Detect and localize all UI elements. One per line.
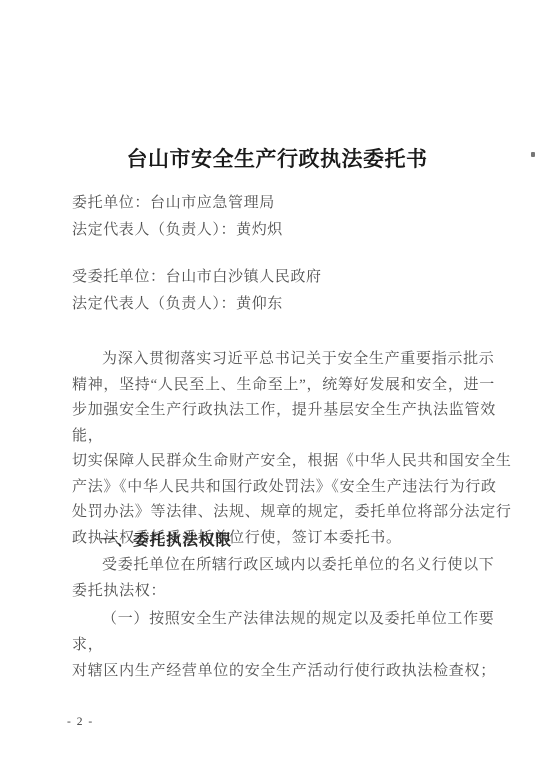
section-1-intro-paragraph: 受委托单位在所辖行政区域内以委托单位的名义行使以下委托执法权： bbox=[72, 552, 512, 604]
section-1-heading: 一、委托执法权限 bbox=[72, 528, 512, 550]
section-1-item-1-paragraph: （一）按照安全生产法律法规的规定以及委托单位工作要求，对辖区内生产经营单位的安全… bbox=[72, 606, 512, 684]
text-line: 委托执法权： bbox=[72, 578, 512, 604]
entrusting-party-block: 委托单位：台山市应急管理局 法定代表人（负责人）：黄灼炽 bbox=[72, 190, 502, 244]
text-line: 切实保障人民群众生命财产安全，根据《中华人民共和国安全生 bbox=[72, 449, 512, 475]
entrusted-party-block: 受委托单位：台山市白沙镇人民政府 法定代表人（负责人）：黄仰东 bbox=[72, 264, 502, 318]
text-line: 处罚办法》等法律、法规、规章的规定，委托单位将部分法定行 bbox=[72, 500, 512, 526]
text-line: 对辖区内生产经营单位的安全生产活动行使行政执法检查权； bbox=[72, 658, 512, 684]
text-line: 产法》《中华人民共和国行政处罚法》《安全生产违法行为行政 bbox=[72, 475, 512, 501]
page-number: - 2 - bbox=[67, 716, 94, 728]
text-line: 受委托单位在所辖行政区域内以委托单位的名义行使以下 bbox=[72, 552, 512, 578]
document-title: 台山市安全生产行政执法委托书 bbox=[0, 143, 554, 173]
text-line: （一）按照安全生产法律法规的规定以及委托单位工作要求， bbox=[72, 606, 512, 658]
entrusted-representative-line: 法定代表人（负责人）：黄仰东 bbox=[72, 291, 502, 318]
text-line: 精神，坚持“人民至上、生命至上”，统筹好发展和安全，进一 bbox=[72, 373, 512, 399]
text-line: 步加强安全生产行政执法工作，提升基层安全生产执法监管效能， bbox=[72, 398, 512, 449]
entrusting-representative-line: 法定代表人（负责人）：黄灼炽 bbox=[72, 217, 502, 244]
scan-artifact-speck bbox=[531, 152, 535, 157]
document-page: 台山市安全生产行政执法委托书 委托单位：台山市应急管理局 法定代表人（负责人）：… bbox=[0, 0, 554, 783]
intro-paragraph: 为深入贯彻落实习近平总书记关于安全生产重要指示批示精神，坚持“人民至上、生命至上… bbox=[72, 347, 512, 551]
text-line: 为深入贯彻落实习近平总书记关于安全生产重要指示批示 bbox=[72, 347, 512, 373]
entrusted-unit-line: 受委托单位：台山市白沙镇人民政府 bbox=[72, 264, 502, 291]
entrusting-unit-line: 委托单位：台山市应急管理局 bbox=[72, 190, 502, 217]
